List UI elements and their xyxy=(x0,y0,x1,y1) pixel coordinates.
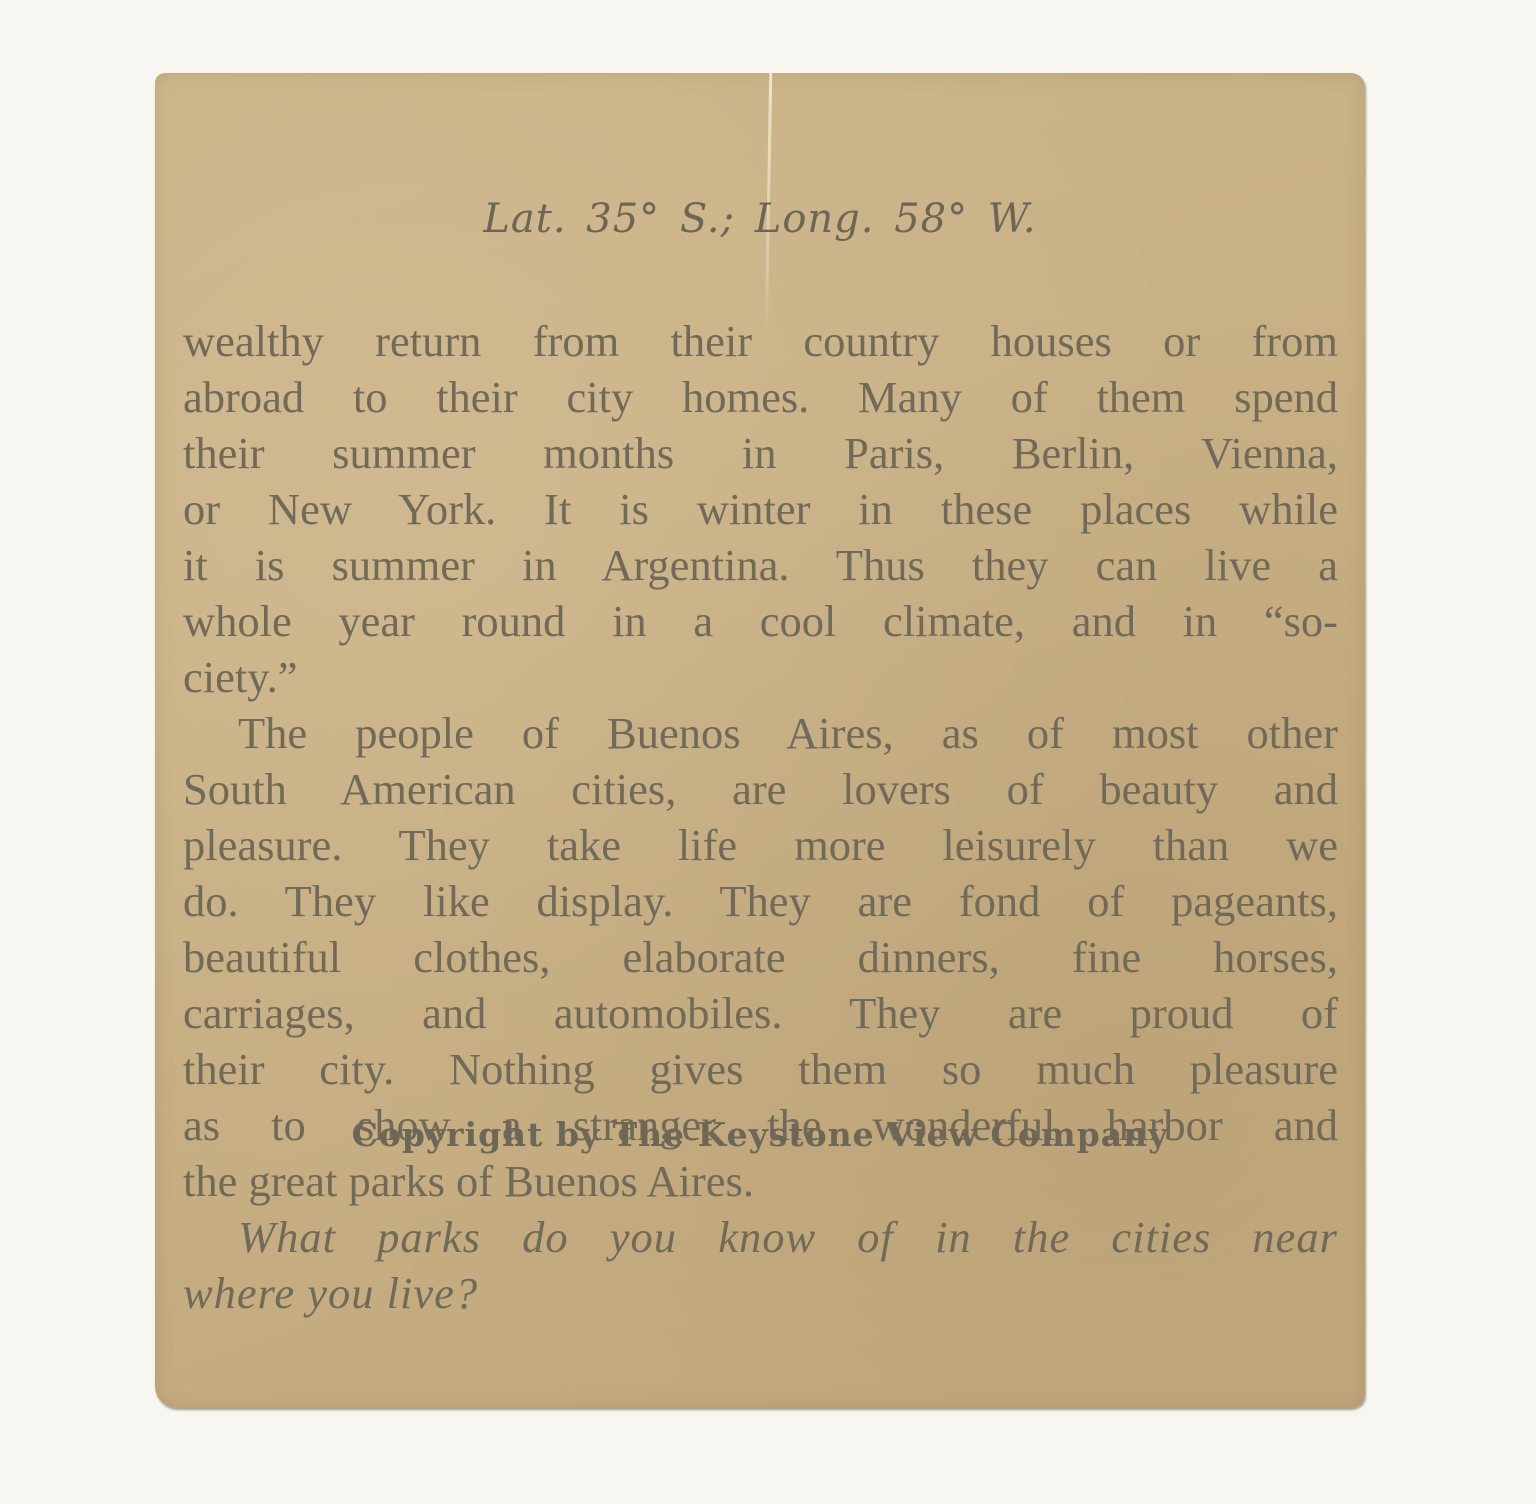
text-line: The people of Buenos Aires, as of most o… xyxy=(183,705,1338,761)
text-line: whole year round in a cool climate, and … xyxy=(183,593,1338,649)
text-line: do. They like display. They are fond of … xyxy=(183,873,1338,929)
text-line: where you live? xyxy=(183,1265,1338,1321)
coordinates-heading: Lat. 35° S.; Long. 58° W. xyxy=(155,196,1365,242)
text-line: or New York. It is winter in these place… xyxy=(183,481,1338,537)
text-line: beautiful clothes, elaborate dinners, fi… xyxy=(183,929,1338,985)
text-line: their city. Nothing gives them so much p… xyxy=(183,1041,1338,1097)
text-line: What parks do you know of in the cities … xyxy=(183,1209,1338,1265)
discussion-question: What parks do you know of in the cities … xyxy=(183,1209,1338,1321)
text-line: ciety.” xyxy=(183,649,1338,705)
text-line: wealthy return from their country houses… xyxy=(183,313,1338,369)
copyright-notice: Copyright by The Keystone View Company xyxy=(155,1115,1365,1154)
text-line: abroad to their city homes. Many of them… xyxy=(183,369,1338,425)
text-line: pleasure. They take life more leisurely … xyxy=(183,817,1338,873)
text-line: the great parks of Buenos Aires. xyxy=(183,1153,1338,1209)
text-line: carriages, and automobiles. They are pro… xyxy=(183,985,1338,1041)
stereoview-card-back: Lat. 35° S.; Long. 58° W. wealthy return… xyxy=(155,73,1365,1408)
text-line: South American cities, are lovers of bea… xyxy=(183,761,1338,817)
text-line: their summer months in Paris, Berlin, Vi… xyxy=(183,425,1338,481)
paragraph-1: wealthy return from their country houses… xyxy=(183,313,1338,705)
scan-background: Lat. 35° S.; Long. 58° W. wealthy return… xyxy=(0,0,1536,1504)
card-body-text: wealthy return from their country houses… xyxy=(183,313,1338,1321)
text-line: it is summer in Argentina. Thus they can… xyxy=(183,537,1338,593)
